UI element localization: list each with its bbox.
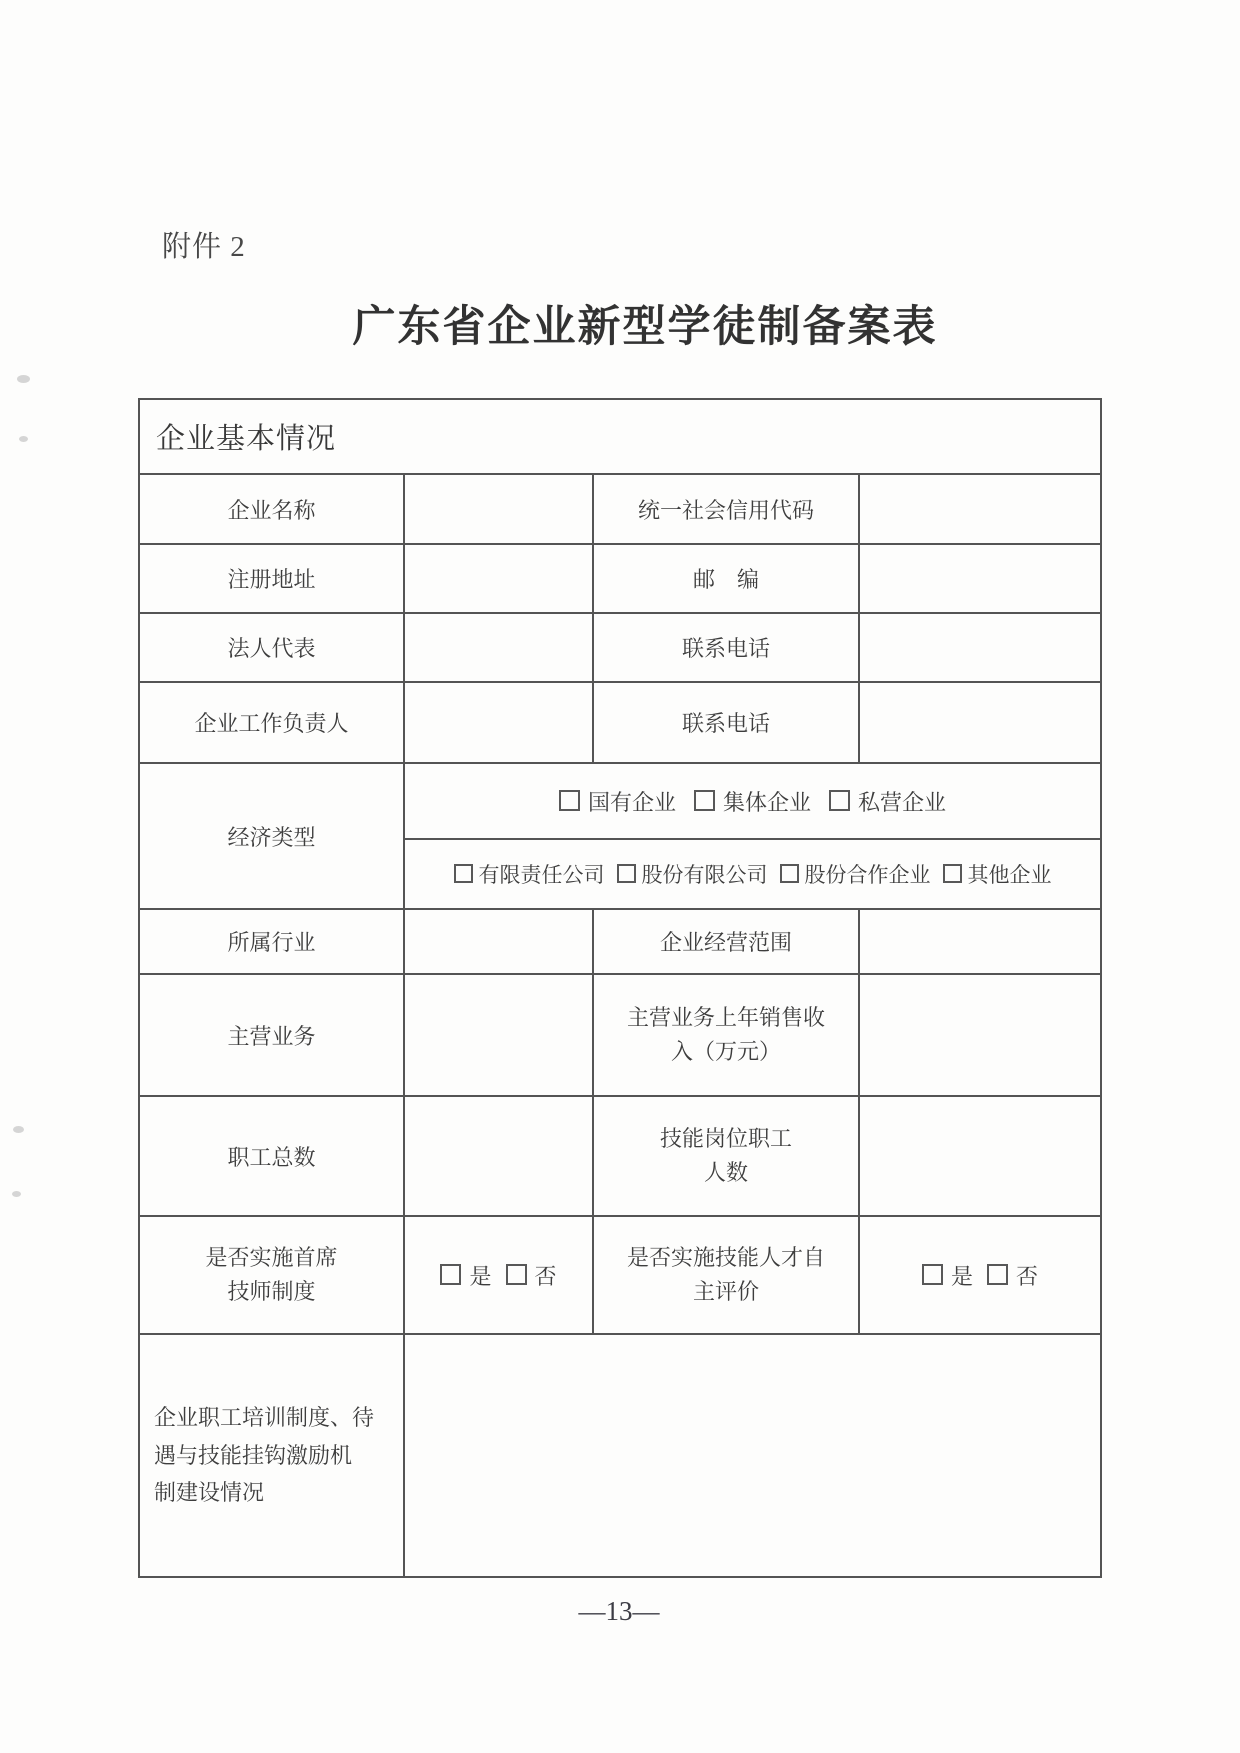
scan-speck [17,375,30,383]
attachment-label: 附件 2 [162,224,246,265]
enterprise-info-table: 企业基本情况 企业名称 统一社会信用代码 注册地址 邮 编 法人代表 联系电话 … [138,398,1102,1578]
checkbox-icon [694,790,715,811]
chief-technician-label: 是否实施首席 技师制度 [139,1216,404,1334]
option-collective: 集体企业 [694,786,811,817]
business-scope-label: 企业经营范围 [593,909,859,974]
industry-label: 所属行业 [139,909,404,974]
work-leader-label: 企业工作负责人 [139,682,404,763]
checkbox-icon [559,790,580,811]
option-label: 股份合作企业 [805,863,931,887]
postal-code-value-cell [859,544,1101,613]
page-number: —13— [138,1596,1100,1627]
checkbox-icon [829,790,850,811]
option-private: 私营企业 [829,786,946,817]
option-label: 国有企业 [588,790,676,815]
checkbox-icon [440,1264,461,1285]
scanned-page: 附件 2 广东省企业新型学徒制备案表 企业基本情况 企业名称 统一社会信用代码 … [0,0,1240,1753]
credit-code-value-cell [859,474,1101,544]
credit-code-label: 统一社会信用代码 [593,474,859,544]
training-system-label: 企业职工培训制度、待 遇与技能挂钩激励机 制建设情况 [139,1334,404,1577]
option-label: 集体企业 [723,790,811,815]
option-label: 股份有限公司 [642,863,768,887]
section-header: 企业基本情况 [139,399,1101,474]
option-label: 是 [951,1264,973,1289]
option-label: 否 [535,1264,557,1289]
work-leader-phone-label: 联系电话 [593,682,859,763]
option-limited-liability: 有限责任公司 [454,859,605,889]
registered-address-label: 注册地址 [139,544,404,613]
checkbox-icon [617,864,636,883]
work-leader-phone-value-cell [859,682,1101,763]
checkbox-icon [506,1264,527,1285]
sales-revenue-value-cell [859,974,1101,1096]
option-yes: 是 [440,1260,491,1291]
option-label: 是 [469,1264,491,1289]
main-business-value-cell [404,974,593,1096]
legal-representative-value-cell [404,613,593,682]
legal-rep-phone-label: 联系电话 [593,613,859,682]
document-title: 广东省企业新型学徒制备案表 [150,293,1140,354]
sales-revenue-label: 主营业务上年销售收 入（万元） [593,974,859,1096]
option-joint-stock: 股份有限公司 [617,859,768,889]
option-stock-cooperative: 股份合作企业 [780,859,931,889]
company-name-value-cell [404,474,593,544]
checkbox-icon [780,864,799,883]
scan-speck [13,1126,24,1133]
skill-evaluation-options: 是否 [859,1216,1101,1334]
scan-speck [19,436,28,442]
legal-rep-phone-value-cell [859,613,1101,682]
total-staff-label: 职工总数 [139,1096,404,1216]
economic-type-options-line1: 国有企业集体企业私营企业 [404,763,1101,839]
skilled-staff-label: 技能岗位职工 人数 [593,1096,859,1216]
chief-technician-options: 是否 [404,1216,593,1334]
scan-speck [12,1191,21,1197]
checkbox-icon [943,864,962,883]
postal-code-label: 邮 编 [593,544,859,613]
checkbox-icon [987,1264,1008,1285]
checkbox-icon [454,864,473,883]
legal-representative-label: 法人代表 [139,613,404,682]
option-label: 有限责任公司 [479,863,605,887]
business-scope-value-cell [859,909,1101,974]
main-business-label: 主营业务 [139,974,404,1096]
option-no: 否 [506,1260,557,1291]
total-staff-value-cell [404,1096,593,1216]
option-yes: 是 [922,1260,973,1291]
economic-type-options-line2: 有限责任公司股份有限公司股份合作企业其他企业 [404,839,1101,909]
work-leader-value-cell [404,682,593,763]
option-label: 私营企业 [858,790,946,815]
registered-address-value-cell [404,544,593,613]
skill-evaluation-label: 是否实施技能人才自 主评价 [593,1216,859,1334]
skilled-staff-value-cell [859,1096,1101,1216]
option-label: 否 [1016,1264,1038,1289]
option-label: 其他企业 [968,863,1052,887]
training-system-value-cell [404,1334,1101,1577]
industry-value-cell [404,909,593,974]
economic-type-label: 经济类型 [139,763,404,909]
option-no: 否 [987,1260,1038,1291]
option-state-owned: 国有企业 [559,786,676,817]
checkbox-icon [922,1264,943,1285]
option-other-enterprise: 其他企业 [943,859,1052,889]
company-name-label: 企业名称 [139,474,404,544]
